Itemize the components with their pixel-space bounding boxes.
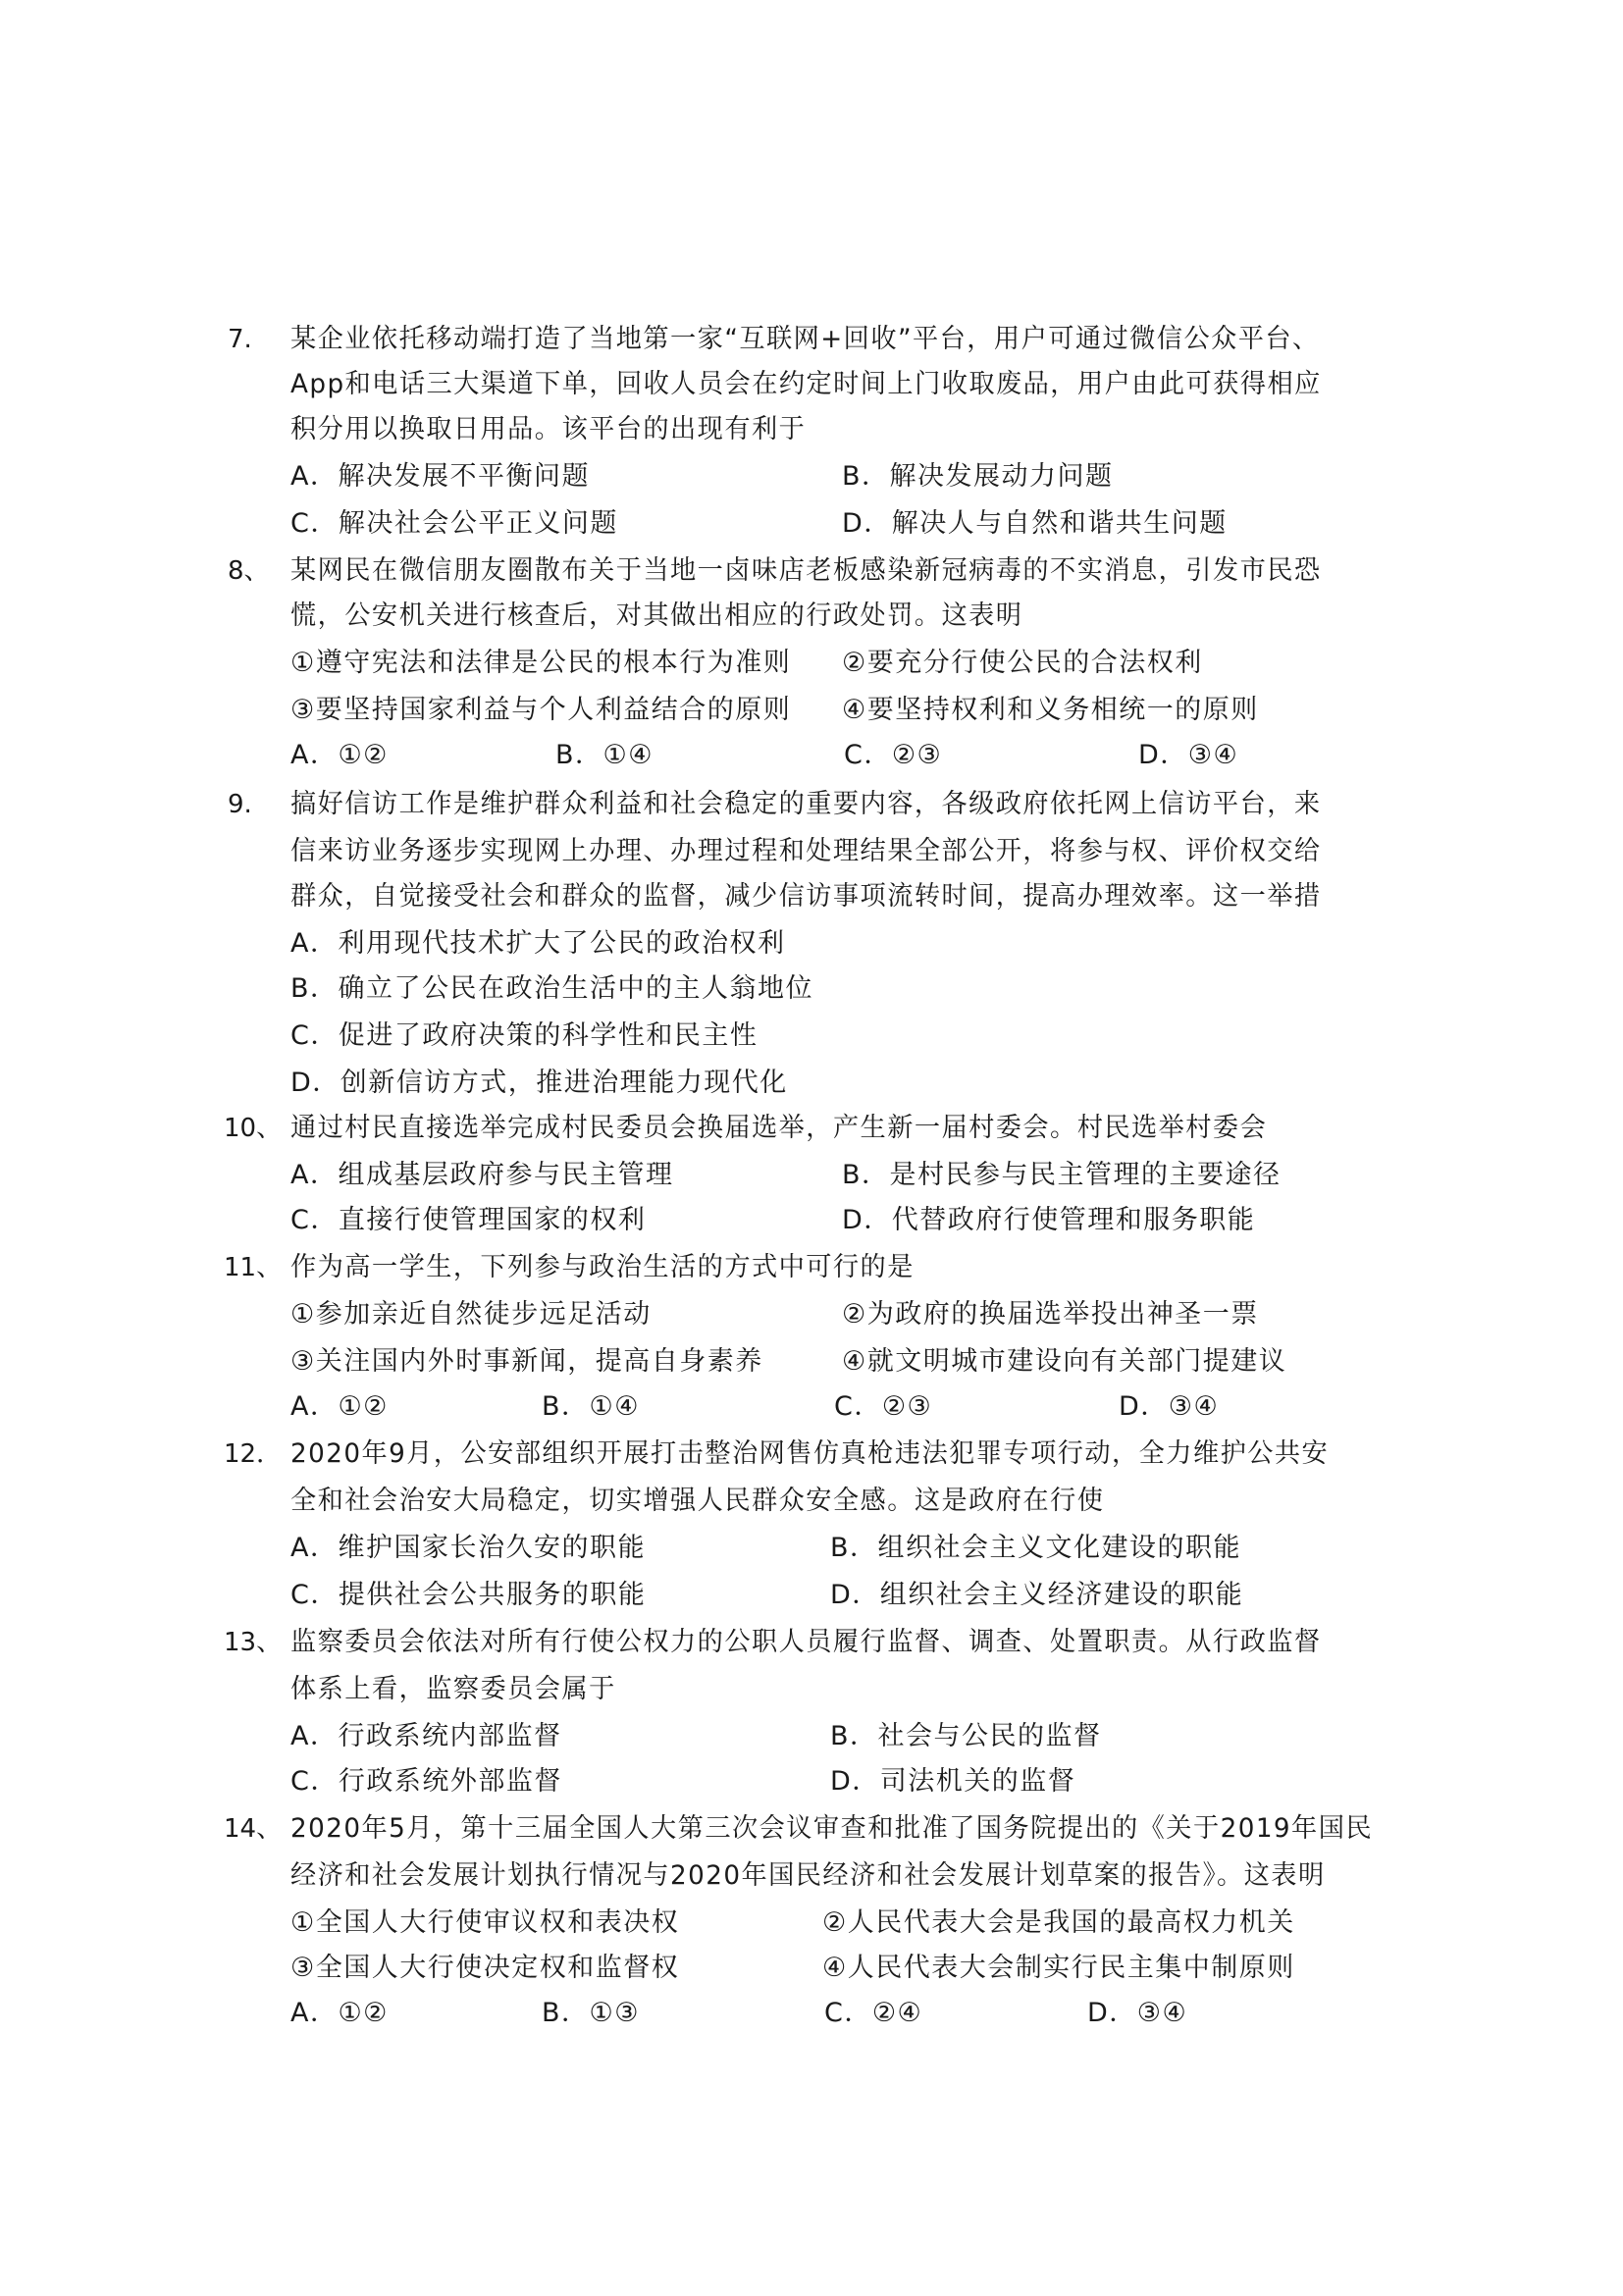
question-stem-line: 慌，公安机关进行核查后，对其做出相应的行政处罚。这表明 [290,600,1022,632]
option-d: D．组织社会主义经济建设的职能 [830,1580,1243,1611]
option-c: C．②④ [824,1998,922,2029]
option-c: C．行政系统外部监督 [290,1766,562,1798]
question-number: 13、 [224,1627,282,1658]
question-number: 11、 [224,1252,282,1283]
statement-3: ③关注国内外时事新闻，提高自身素养 [290,1346,763,1378]
option-d: D．③④ [1087,1998,1187,2029]
option-b: B．社会与公民的监督 [830,1721,1102,1752]
statement-2: ②为政府的换届选举投出神圣一票 [842,1299,1259,1331]
question-stem-line: 通过村民直接选举完成村民委员会换届选举，产生新一届村委会。村民选举村委会 [290,1113,1267,1144]
option-d: D．代替政府行使管理和服务职能 [842,1205,1255,1236]
option-d: D．③④ [1138,740,1238,771]
statement-4: ④要坚持权利和义务相统一的原则 [842,695,1259,726]
option-a: A．①② [290,1391,389,1423]
question-stem-line: 信来访业务逐步实现网上办理、办理过程和处理结果全部公开，将参与权、评价权交给 [290,836,1322,867]
question-number: 9. [228,789,252,820]
option-b: B．组织社会主义文化建设的职能 [830,1533,1241,1564]
option-c: C．解决社会公平正义问题 [290,508,618,540]
question-number: 14、 [224,1813,282,1845]
question-stem-line: 监察委员会依法对所有行使公权力的公职人员履行监督、调查、处置职责。从行政监督 [290,1627,1322,1658]
question-stem-line: 某企业依托移动端打造了当地第一家“互联网+回收”平台，用户可通过微信公众平台、 [290,324,1320,355]
option-a: A．组成基层政府参与民主管理 [290,1160,673,1191]
question-stem-line: 积分用以换取日用品。该平台的出现有利于 [290,414,806,445]
option-d: D．创新信访方式，推进治理能力现代化 [290,1068,788,1099]
option-d: D．解决人与自然和谐共生问题 [842,508,1228,540]
question-stem-line: 群众，自觉接受社会和群众的监督，减少信访事项流转时间，提高办理效率。这一举措 [290,881,1322,913]
option-c: C．提供社会公共服务的职能 [290,1580,646,1611]
exam-page: 7. 某企业依托移动端打造了当地第一家“互联网+回收”平台，用户可通过微信公众平… [0,0,1623,2296]
statement-4: ④就文明城市建设向有关部门提建议 [842,1346,1286,1378]
question-stem-line: 2020年5月，第十三届全国人大第三次会议审查和批准了国务院提出的《关于2019… [290,1813,1373,1845]
option-a: A．利用现代技术扩大了公民的政治权利 [290,928,785,960]
statement-3: ③全国人大行使决定权和监督权 [290,1953,679,1984]
statement-3: ③要坚持国家利益与个人利益结合的原则 [290,695,791,726]
question-number: 12． [224,1438,282,1470]
option-d: D．司法机关的监督 [830,1766,1075,1798]
question-stem-line: 2020年9月，公安部组织开展打击整治网售仿真枪违法犯罪专项行动，全力维护公共安 [290,1438,1329,1470]
question-stem-line: 某网民在微信朋友圈散布关于当地一卤味店老板感染新冠病毒的不实消息，引发市民恐 [290,555,1322,587]
statement-1: ①参加亲近自然徒步远足活动 [290,1299,652,1331]
statement-1: ①遵守宪法和法律是公民的根本行为准则 [290,648,791,679]
option-a: A．①② [290,740,389,771]
question-number: 8、 [228,555,270,587]
option-b: B．是村民参与民主管理的主要途径 [842,1160,1282,1191]
question-stem-line: 经济和社会发展计划执行情况与2020年国民经济和社会发展计划草案的报告》。这表明 [290,1860,1326,1892]
statement-2: ②要充分行使公民的合法权利 [842,648,1203,679]
option-b: B．①④ [542,1391,640,1423]
question-stem-line: 体系上看，监察委员会属于 [290,1674,616,1705]
question-number: 7. [228,324,252,355]
question-number: 10、 [224,1113,282,1144]
option-a: A．①② [290,1998,389,2029]
option-a: A．维护国家长治久安的职能 [290,1533,646,1564]
statement-4: ④人民代表大会制实行民主集中制原则 [822,1953,1295,1984]
option-d: D．③④ [1119,1391,1219,1423]
option-b: B．①③ [542,1998,640,2029]
option-b: B．确立了公民在政治生活中的主人翁地位 [290,973,813,1005]
question-stem-line: 全和社会治安大局稳定，切实增强人民群众安全感。这是政府在行使 [290,1486,1104,1517]
statement-1: ①全国人大行使审议权和表决权 [290,1907,679,1939]
statement-2: ②人民代表大会是我国的最高权力机关 [822,1907,1295,1939]
option-b: B．解决发展动力问题 [842,461,1114,493]
option-c: C．直接行使管理国家的权利 [290,1205,646,1236]
question-stem-line: 作为高一学生，下列参与政治生活的方式中可行的是 [290,1252,915,1283]
option-c: C．②③ [834,1391,932,1423]
question-stem-line: 搞好信访工作是维护群众利益和社会稳定的重要内容，各级政府依托网上信访平台，来 [290,789,1322,820]
question-stem-line: App和电话三大渠道下单，回收人员会在约定时间上门收取废品，用户由此可获得相应 [290,369,1322,400]
option-c: C．②③ [844,740,942,771]
option-b: B．①④ [555,740,654,771]
option-a: A．行政系统内部监督 [290,1721,561,1752]
option-c: C．促进了政府决策的科学性和民主性 [290,1020,758,1052]
option-a: A．解决发展不平衡问题 [290,461,590,493]
